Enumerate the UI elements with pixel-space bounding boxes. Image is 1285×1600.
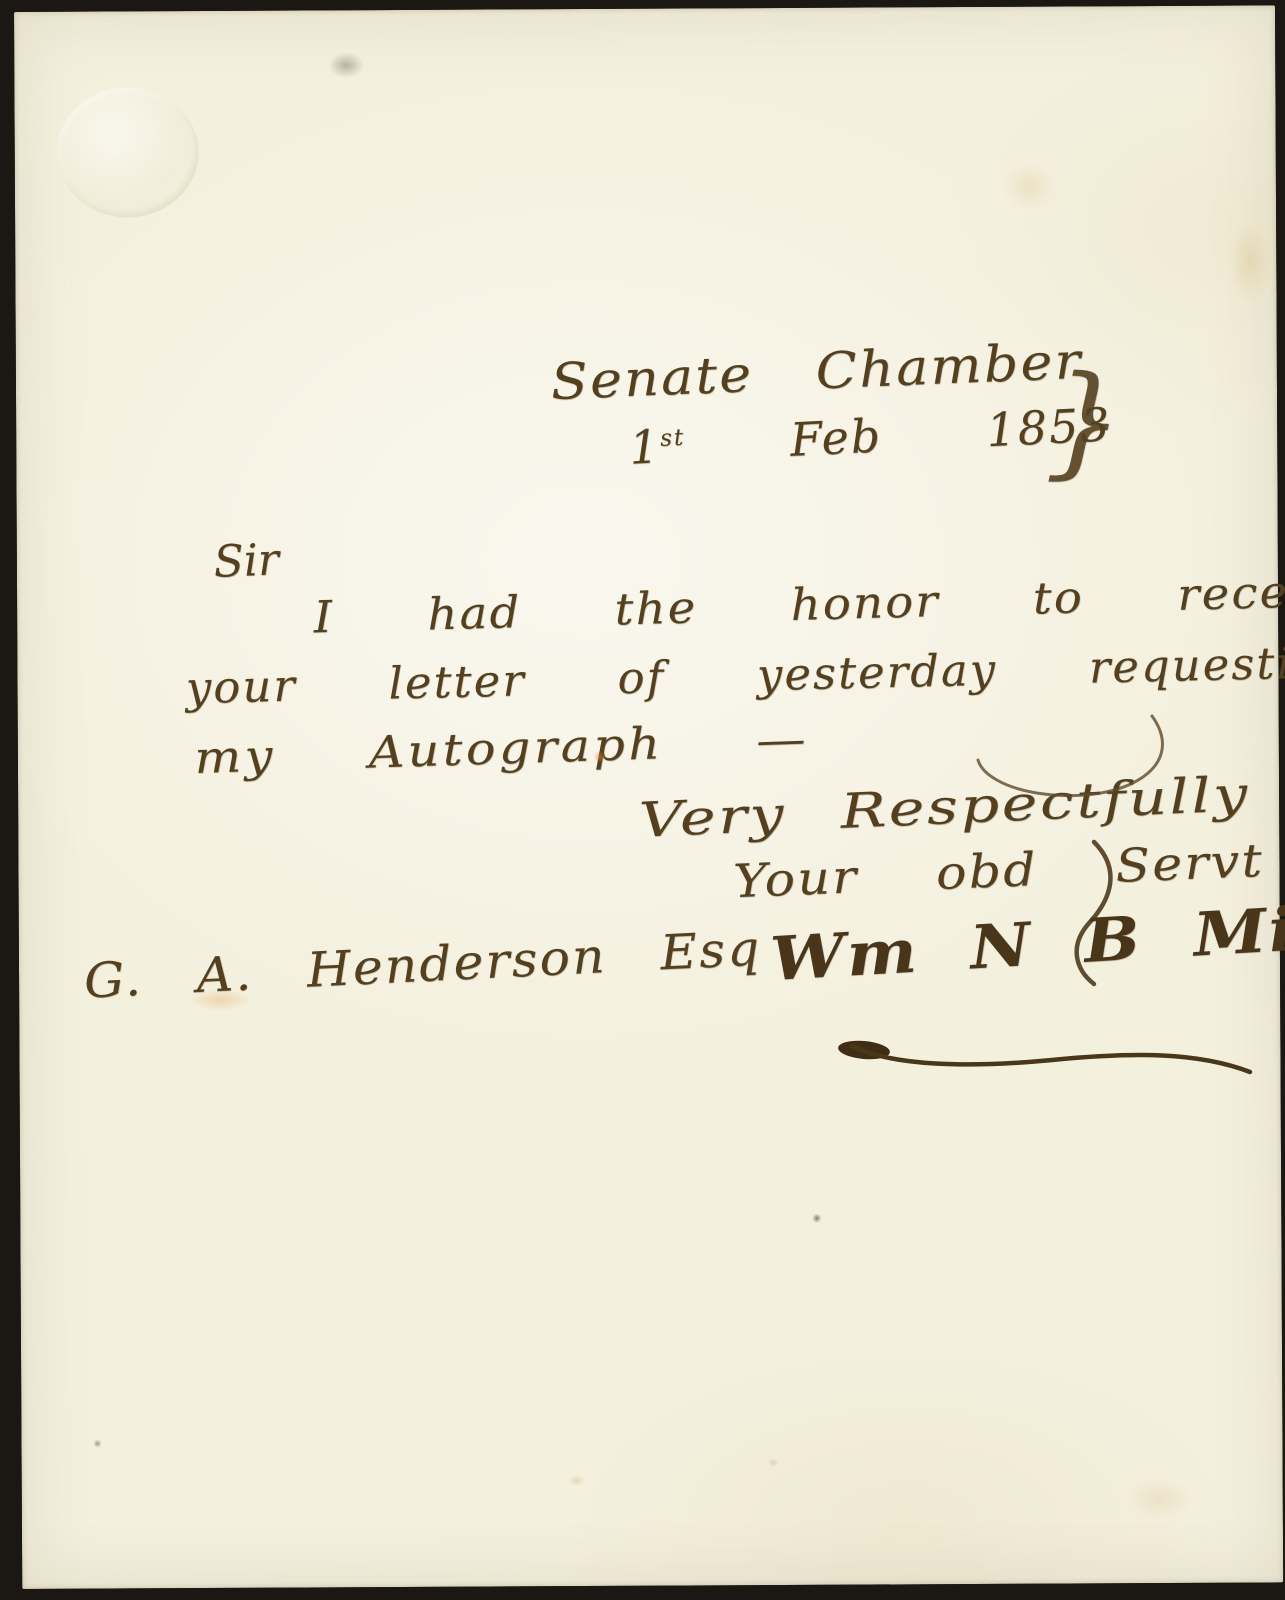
embossed-seal: [56, 87, 199, 218]
stain-ink-speck: [812, 1214, 821, 1223]
letter-scan-background: Senate Chamber 1st Feb 1853 } Sir I had …: [0, 0, 1285, 1600]
heading-date-day-suffix: st: [660, 425, 686, 452]
stain-bottom-right: [1128, 1478, 1192, 1520]
stain-bottom-dot: [768, 1458, 779, 1467]
body-line-1: I had the honor to receive: [313, 569, 1285, 641]
heading-date: 1st Feb 1853: [628, 401, 1112, 471]
closing-line-2: Your obd Servt: [732, 837, 1264, 904]
addressee: G. A. Henderson Esq: [83, 925, 763, 1006]
body-line-2: your letter of yesterday requesting: [185, 641, 1285, 712]
stain-bottom-center: [568, 1475, 586, 1486]
heading-brace: }: [1044, 359, 1125, 483]
body-line-3: my Autograph —: [194, 718, 810, 781]
signature: Wm N B Miller: [769, 892, 1285, 990]
stain-right-edge: [1227, 219, 1273, 303]
closing-line-1: Very Respectfully: [638, 770, 1251, 845]
salutation: Sir: [213, 538, 280, 585]
stain-smudge-top: [328, 52, 364, 78]
heading-date-day: 1: [628, 419, 662, 474]
heading-place: Senate Chamber: [550, 336, 1084, 407]
stain-top-right: [1003, 163, 1055, 211]
letter-paper: Senate Chamber 1st Feb 1853 } Sir I had …: [14, 5, 1283, 1589]
stain-bottom-left-speck: [93, 1440, 101, 1448]
